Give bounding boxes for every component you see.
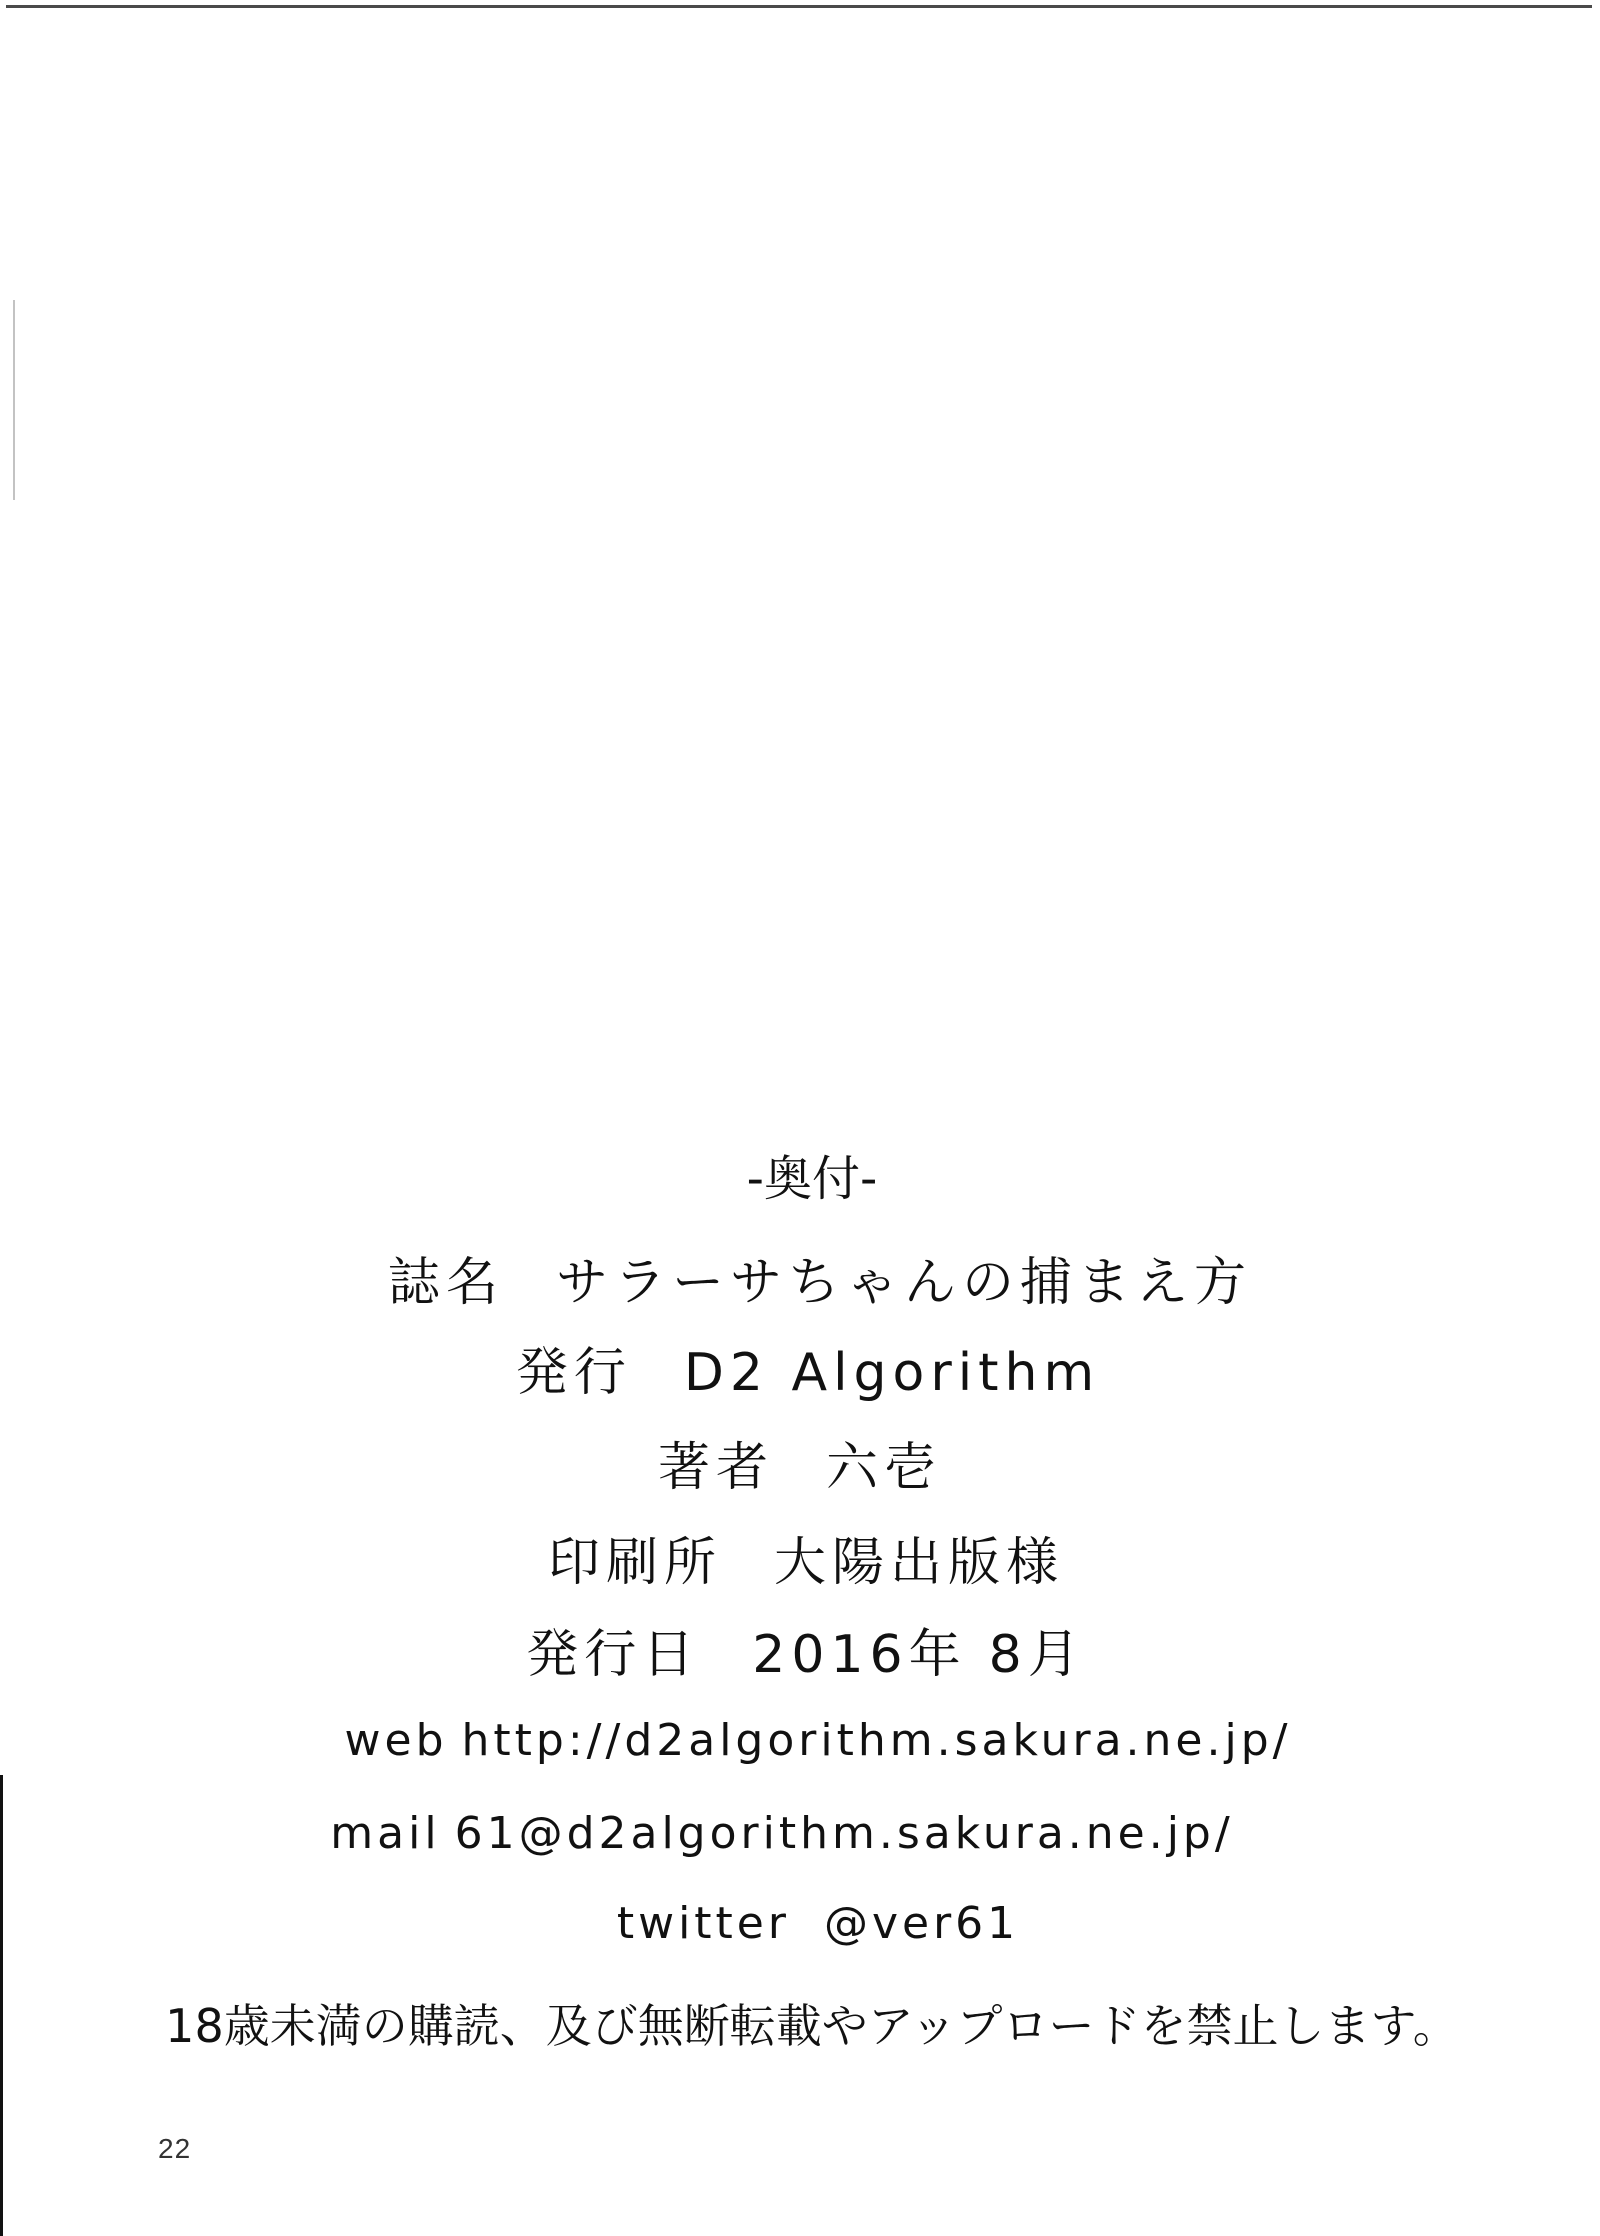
colophon-twitter-row: twitter@ver61 bbox=[18, 1898, 1600, 1949]
mail-label: mail bbox=[330, 1808, 440, 1859]
age-restriction-notice: 18歳未満の購読、及び無断転載やアップロードを禁止します。 bbox=[12, 1990, 1600, 2056]
author-label: 著者 bbox=[658, 1438, 774, 1498]
printer-value: 大陽出版様 bbox=[774, 1533, 1064, 1593]
publisher-label: 発行 bbox=[516, 1343, 632, 1403]
colophon-mail-row: mail61@d2algorithm.sakura.ne.jp/ bbox=[0, 1808, 1582, 1859]
date-label: 発行日 bbox=[526, 1625, 700, 1685]
scan-edge-mark bbox=[13, 300, 15, 500]
title-value: サラーサちゃんの捕まえ方 bbox=[556, 1253, 1252, 1313]
printer-label: 印刷所 bbox=[548, 1533, 722, 1593]
publisher-value: D2 Algorithm bbox=[684, 1343, 1100, 1403]
twitter-handle: @ver61 bbox=[824, 1898, 1019, 1949]
colophon-date-row: 発行日2016年8月 bbox=[6, 1612, 1600, 1687]
colophon-heading: -奥付- bbox=[12, 1140, 1600, 1209]
colophon-printer-row: 印刷所大陽出版様 bbox=[6, 1520, 1600, 1595]
date-year: 2016年 bbox=[752, 1625, 966, 1685]
title-label: 誌名 bbox=[388, 1253, 504, 1313]
page-top-border bbox=[6, 5, 1592, 8]
page-number: 22 bbox=[158, 2133, 191, 2165]
web-label: web bbox=[345, 1715, 448, 1766]
date-month: 8月 bbox=[989, 1625, 1086, 1685]
colophon-web-row: webhttp://d2algorithm.sakura.ne.jp/ bbox=[18, 1715, 1600, 1766]
colophon-title-row: 誌名サラーサちゃんの捕まえ方 bbox=[20, 1240, 1600, 1315]
web-url: http://d2algorithm.sakura.ne.jp/ bbox=[462, 1715, 1292, 1766]
twitter-label: twitter bbox=[617, 1898, 790, 1949]
colophon-author-row: 著者六壱 bbox=[0, 1425, 1600, 1500]
mail-address: 61@d2algorithm.sakura.ne.jp/ bbox=[455, 1808, 1234, 1859]
author-value: 六壱 bbox=[826, 1438, 942, 1498]
colophon-publisher-row: 発行D2 Algorithm bbox=[8, 1330, 1600, 1405]
